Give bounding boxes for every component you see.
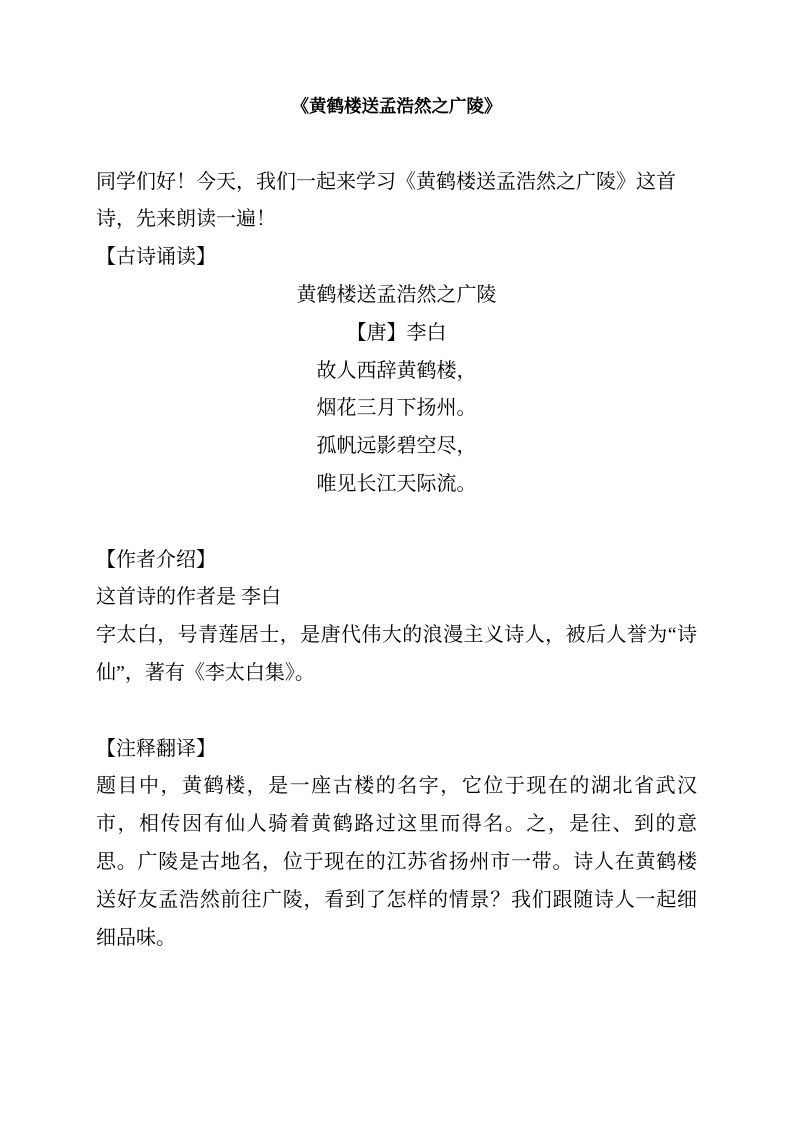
section-header-author: 【作者介绍】 (96, 542, 697, 580)
poem-line-3: 孤帆远影碧空尽， (96, 428, 697, 466)
poem-author: 【唐】李白 (96, 315, 697, 353)
recite-section: 【古诗诵读】 黄鹤楼送孟浩然之广陵 【唐】李白 故人西辞黄鹤楼， 烟花三月下扬州… (96, 239, 697, 504)
notes-line-3: 思。广陵是古地名，位于现在的江苏省扬州市一带。诗人在黄鹤楼 (96, 844, 697, 882)
author-section: 【作者介绍】 这首诗的作者是 李白 字太白，号青莲居士，是唐代伟大的浪漫主义诗人… (96, 542, 697, 693)
author-line-3: 仙”，著有《李太白集》。 (96, 655, 697, 693)
notes-line-2: 市，相传因有仙人骑着黄鹤路过这里而得名。之，是往、到的意 (96, 806, 697, 844)
notes-line-4: 送好友孟浩然前往广陵，看到了怎样的情景？我们跟随诗人一起细 (96, 882, 697, 920)
author-line-1: 这首诗的作者是 李白 (96, 579, 697, 617)
section-header-recite: 【古诗诵读】 (96, 239, 697, 277)
notes-section: 【注释翻译】 题目中，黄鹤楼，是一座古楼的名字，它位于现在的湖北省武汉 市，相传… (96, 731, 697, 958)
poem-line-4: 唯见长江天际流。 (96, 466, 697, 504)
section-header-notes: 【注释翻译】 (96, 731, 697, 769)
author-line-2: 字太白，号青莲居士，是唐代伟大的浪漫主义诗人，被后人誉为“诗 (96, 617, 697, 655)
poem-line-1: 故人西辞黄鹤楼， (96, 353, 697, 391)
poem-line-2: 烟花三月下扬州。 (96, 390, 697, 428)
notes-line-5: 细品味。 (96, 920, 697, 958)
intro-line-2: 诗，先来朗读一遍！ (96, 201, 697, 239)
document-page: 《黄鹤楼送孟浩然之广陵》 同学们好！今天，我们一起来学习《黄鹤楼送孟浩然之广陵》… (0, 0, 793, 1123)
intro-paragraph: 同学们好！今天，我们一起来学习《黄鹤楼送孟浩然之广陵》这首 诗，先来朗读一遍！ (96, 164, 697, 240)
intro-line-1: 同学们好！今天，我们一起来学习《黄鹤楼送孟浩然之广陵》这首 (96, 164, 697, 202)
notes-line-1: 题目中，黄鹤楼，是一座古楼的名字，它位于现在的湖北省武汉 (96, 768, 697, 806)
poem-title: 黄鹤楼送孟浩然之广陵 (96, 277, 697, 315)
document-title: 《黄鹤楼送孟浩然之广陵》 (96, 88, 697, 126)
